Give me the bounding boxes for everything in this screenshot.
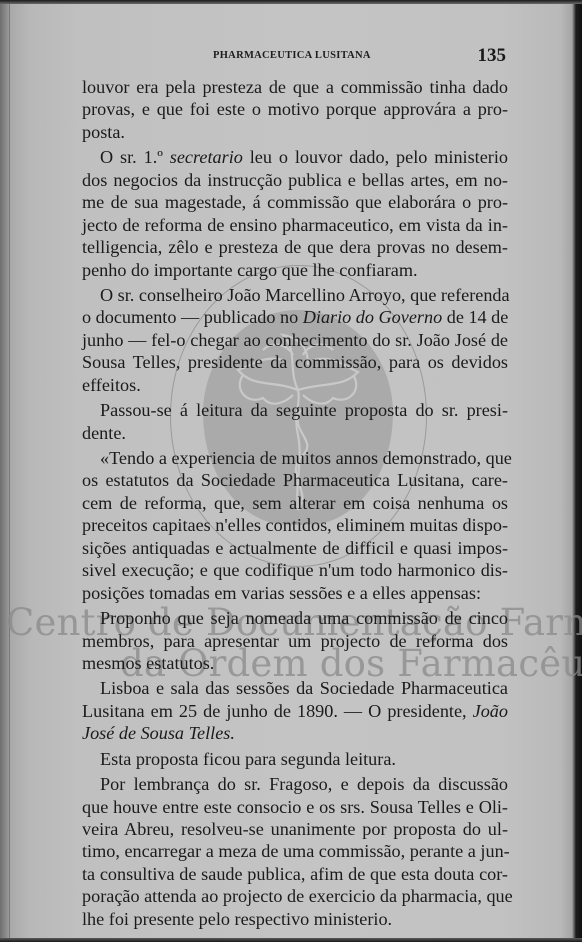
book-gutter <box>0 0 10 942</box>
text-line: Por lembrança do sr. Fragoso, e depois d… <box>82 773 508 795</box>
text-line: Proponho que seja nomeada uma commissão … <box>82 607 508 629</box>
text-line: provas, e que foi este o motivo porque a… <box>82 98 508 120</box>
text-line: effeitos. <box>82 374 508 396</box>
text-line: preceitos capitaes n'elles contidos, eli… <box>82 514 508 536</box>
text-line: poração attenda ao projecto de exercicio… <box>82 885 508 907</box>
page-bottom-edge <box>0 938 582 942</box>
text-line: sições antiquadas e actualmente de diffi… <box>82 537 508 559</box>
text-line: José de Sousa Telles. <box>82 722 508 744</box>
text-line: dos negocios da instrucção publica e bel… <box>82 169 508 191</box>
text-line: junho — fel-o chegar ao conhecimento do … <box>82 329 508 351</box>
text-line: membros, para apresentar um projecto de … <box>82 630 508 652</box>
text-line: timo, encarregar a meza de uma commissão… <box>82 840 508 862</box>
text-line: ta consultiva de saude publica, afim de … <box>82 863 508 885</box>
text-line: dente. <box>82 422 508 444</box>
text-line: veira Abreu, resolveu-se unanimente por … <box>82 818 508 840</box>
page-top-edge <box>0 0 582 4</box>
running-title: PHARMACEUTICA LUSITANA <box>213 50 371 61</box>
text-line: Lusitana em 25 de junho de 1890. — O pre… <box>82 700 508 722</box>
text-line: O sr. 1.º secretario leu o louvor dado, … <box>82 146 508 168</box>
text-line: Passou-se á leitura da seguinte proposta… <box>82 399 508 421</box>
text-line: posta. <box>82 121 508 143</box>
text-line: telligencia, zêlo e presteza de que dera… <box>82 236 508 258</box>
page-number: 135 <box>478 45 507 67</box>
text-line: sivel execução; e que codifique n'um tod… <box>82 559 508 581</box>
text-line: louvor era pela presteza de que a commis… <box>82 76 508 98</box>
text-line: posições tomadas em varias sessões e a e… <box>82 582 508 604</box>
text-line: penho do importante cargo que lhe confia… <box>82 259 508 281</box>
text-line: lhe foi presente pelo respectivo ministe… <box>82 908 508 930</box>
text-line: Esta proposta ficou para segunda leitura… <box>82 748 508 770</box>
text-line: que houve entre este consocio e os srs. … <box>82 796 508 818</box>
text-line: Sousa Telles, presidente da commissão, p… <box>82 351 508 373</box>
text-line: o documento — publicado no Diario do Gov… <box>82 306 508 328</box>
page-header: PHARMACEUTICA LUSITANA 135 <box>80 46 510 66</box>
text-line: O sr. conselheiro João Marcellino Arroyo… <box>82 284 508 306</box>
text-line: os estatutos da Sociedade Pharmaceutica … <box>82 469 508 491</box>
text-line: Lisboa e sala das sessões da Sociedade P… <box>82 677 508 699</box>
text-line: mesmos estatutos. <box>82 652 508 674</box>
text-line: «Tendo a experiencia de muitos annos dem… <box>82 447 508 469</box>
text-line: jecto de reforma de ensino pharmaceutico… <box>82 214 508 236</box>
text-line: me de sua magestade, á commissão que ela… <box>82 191 508 213</box>
body-text: louvor era pela presteza de que a commis… <box>82 76 508 930</box>
text-line: cem de reforma, que, sem alterar em cois… <box>82 492 508 514</box>
book-page: Centro de Documentação Farmacêutica da O… <box>0 0 582 942</box>
